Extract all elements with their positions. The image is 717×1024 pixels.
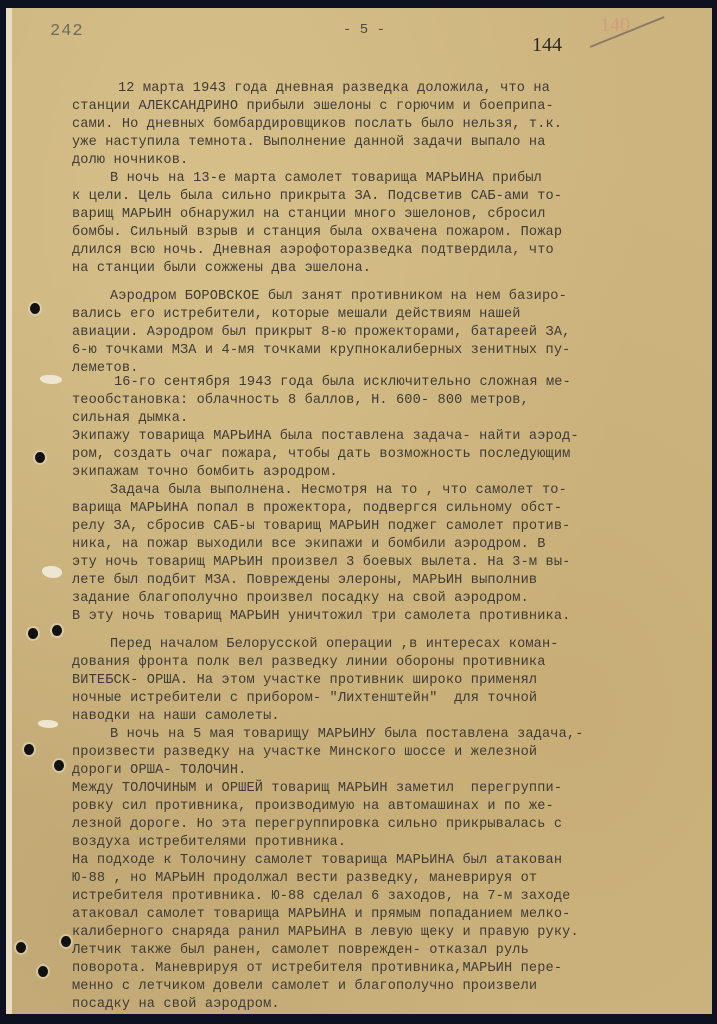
text-line: ром, создать очаг пожара, чтобы дать воз… <box>72 448 570 462</box>
text-line: авиации. Аэродром был прикрыт 8-ю прожек… <box>72 326 570 340</box>
text-line: дования фронта полк вел разведку линии о… <box>72 656 546 670</box>
text-line: экипажам точно бомбить аэродром. <box>72 466 338 480</box>
text-line: теообстановка: облачность 8 баллов, Н. 6… <box>72 394 529 408</box>
text-line: 12 марта 1943 года дневная разведка доло… <box>118 82 550 96</box>
text-line: 16-го сентября 1943 года была исключител… <box>114 376 571 390</box>
text-line: В ночь на 5 мая товарищу МАРЬИНУ была по… <box>110 728 584 742</box>
text-line: калиберного снаряда ранил МАРЬИНА в леву… <box>72 926 579 940</box>
text-line: дороги ОРША- ТОЛОЧИН. <box>72 764 246 778</box>
text-line: к цели. Цель была сильно прикрыта ЗА. По… <box>72 190 562 204</box>
text-line: В ночь на 13-е марта самолет товарища МА… <box>110 172 542 186</box>
text-line: ровку сил противника, производимую на ав… <box>72 800 554 814</box>
text-line: варищ МАРЬИН обнаружил на станции много … <box>72 208 546 222</box>
text-line: наводки на наши самолеты. <box>72 710 280 724</box>
punch-hole <box>61 936 71 947</box>
punch-hole <box>24 744 34 755</box>
paper-tear <box>42 566 62 578</box>
text-line: ника, на пожар выходили все экипажи и бо… <box>72 538 546 552</box>
text-line: поворота. Маневрируя от истребителя прот… <box>72 962 562 976</box>
text-line: лезной дороге. Но эта перегруппировка си… <box>72 818 562 832</box>
text-line: долю ночников. <box>72 154 188 168</box>
text-line: на станции были сожжены два эшелона. <box>72 262 371 276</box>
text-line: В эту ночь товарищ МАРЬИН уничтожил три … <box>72 610 570 624</box>
punch-hole <box>54 760 64 771</box>
punch-hole <box>35 452 45 463</box>
text-line: релу ЗА, сбросив САБ-ы товарищ МАРЬИН по… <box>72 520 570 534</box>
text-line: Экипажу товарища МАРЬИНА была поставлена… <box>72 430 579 444</box>
text-line: ночные истребители с прибором- "Лихтеншт… <box>72 692 537 706</box>
text-line: Перед началом Белорусской операции ,в ин… <box>110 638 559 652</box>
text-line: истребителя противника. Ю-88 сделал 6 за… <box>72 890 570 904</box>
punch-hole <box>38 966 48 977</box>
text-line: уже наступила темнота. Выполнение данной… <box>72 136 546 150</box>
typewritten-body: 12 марта 1943 года дневная разведка доло… <box>0 0 717 1024</box>
text-line: воздуха истребителями противника. <box>72 836 346 850</box>
text-line: На подходе к Толочину самолет товарища М… <box>72 854 562 868</box>
text-line: Летчик также был ранен, самолет поврежде… <box>72 944 529 958</box>
text-line: вались его истребители, которые мешали д… <box>72 308 521 322</box>
paper-tear <box>40 375 62 384</box>
text-line: лете был подбит МЗА. Повреждены элероны,… <box>72 574 537 588</box>
text-line: леметов. <box>72 362 138 376</box>
text-line: ВИТЕБСК- ОРША. На этом участке противник… <box>72 674 537 688</box>
punch-hole <box>30 303 40 314</box>
text-line: Задача была выполнена. Несмотря на то , … <box>110 484 567 498</box>
text-line: сами. Но дневных бомбардировщиков послат… <box>72 118 562 132</box>
text-line: произвести разведку на участке Минского … <box>72 746 537 760</box>
punch-hole <box>52 625 62 636</box>
text-line: бомбы. Сильный взрыв и станция была охва… <box>72 226 562 240</box>
punch-hole <box>16 942 26 953</box>
text-line: менно с летчиком довели самолет и благоп… <box>72 980 537 994</box>
text-line: задание благополучно произвел посадку на… <box>72 592 529 606</box>
text-line: Ю-88 , но МАРЬИН продолжал вести разведк… <box>72 872 537 886</box>
text-line: эту ночь товарищ МАРЬИН произвел 3 боевы… <box>72 556 570 570</box>
text-line: Между ТОЛОЧИНЫМ и ОРШЕЙ товарищ МАРЬИН з… <box>72 782 562 796</box>
text-line: 6-ю точками МЗА и 4-мя точками крупнокал… <box>72 344 570 358</box>
text-line: сильная дымка. <box>72 412 188 426</box>
text-line: посадку на свой аэродром. <box>72 998 280 1012</box>
punch-hole <box>28 628 38 639</box>
text-line: станции АЛЕКСАНДРИНО прибыли эшелоны с г… <box>72 100 554 114</box>
text-line: Аэродром БОРОВСКОЕ был занят противником… <box>110 290 567 304</box>
text-line: атаковал самолет товарища МАРЬИНА и прям… <box>72 908 570 922</box>
paper-tear <box>38 720 58 728</box>
text-line: варища МАРЬИНА попал в прожектора, подве… <box>72 502 562 516</box>
text-line: длился всю ночь. Дневная аэрофоторазведк… <box>72 244 554 258</box>
